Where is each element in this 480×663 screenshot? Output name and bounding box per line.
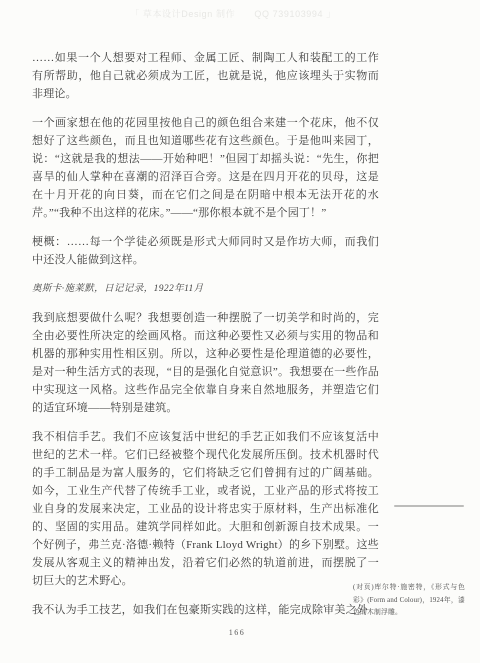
main-text-column: ……如果一个人想要对工程师、金属工匠、制陶工人和装配工的工作有所帮助，他自己就必… bbox=[32, 49, 379, 619]
paragraph-necessity: 我到底想要做什么呢？我想要创造一种摆脱了一切美学和时尚的，完全由必要性所决定的绘… bbox=[32, 309, 379, 417]
margin-note: (对页)库尔特·施密特，《形式与色彩》(Form and Colour)，192… bbox=[353, 582, 465, 620]
attribution-line: 奥斯卡·施莱默，日记记录，1922年11月 bbox=[32, 280, 379, 298]
paragraph-craft-industry: 我不相信手艺。我们不应该复活中世纪的手艺正如我们不应该复活中世纪的艺术一样。它们… bbox=[32, 428, 379, 590]
scan-artifact-line bbox=[394, 505, 464, 507]
paragraph-gardener-anecdote: 一个画家想在他的花园里按他自己的颜色组合来建一个花床，他不仅想好了这些颜色，而且… bbox=[32, 114, 379, 222]
paragraph-synopsis: 梗概：……每一个学徒必须既是形式大师同时又是作坊大师，而我们中还没人能做到这样。 bbox=[32, 233, 379, 269]
book-page: 「 草本设计Design 制作 QQ 739103994 」 ……如果一个人想要… bbox=[0, 0, 480, 663]
page-number: 166 bbox=[0, 628, 474, 637]
paragraph-quote-1: ……如果一个人想要对工程师、金属工匠、制陶工人和装配工的工作有所帮助，他自己就必… bbox=[32, 49, 379, 103]
paragraph-last-incomplete: 我不认为手工技艺，如我们在包豪斯实践的这样，能完成除审美之外 bbox=[32, 601, 379, 619]
header-watermark: 「 草本设计Design 制作 QQ 739103994 」 bbox=[0, 7, 466, 20]
